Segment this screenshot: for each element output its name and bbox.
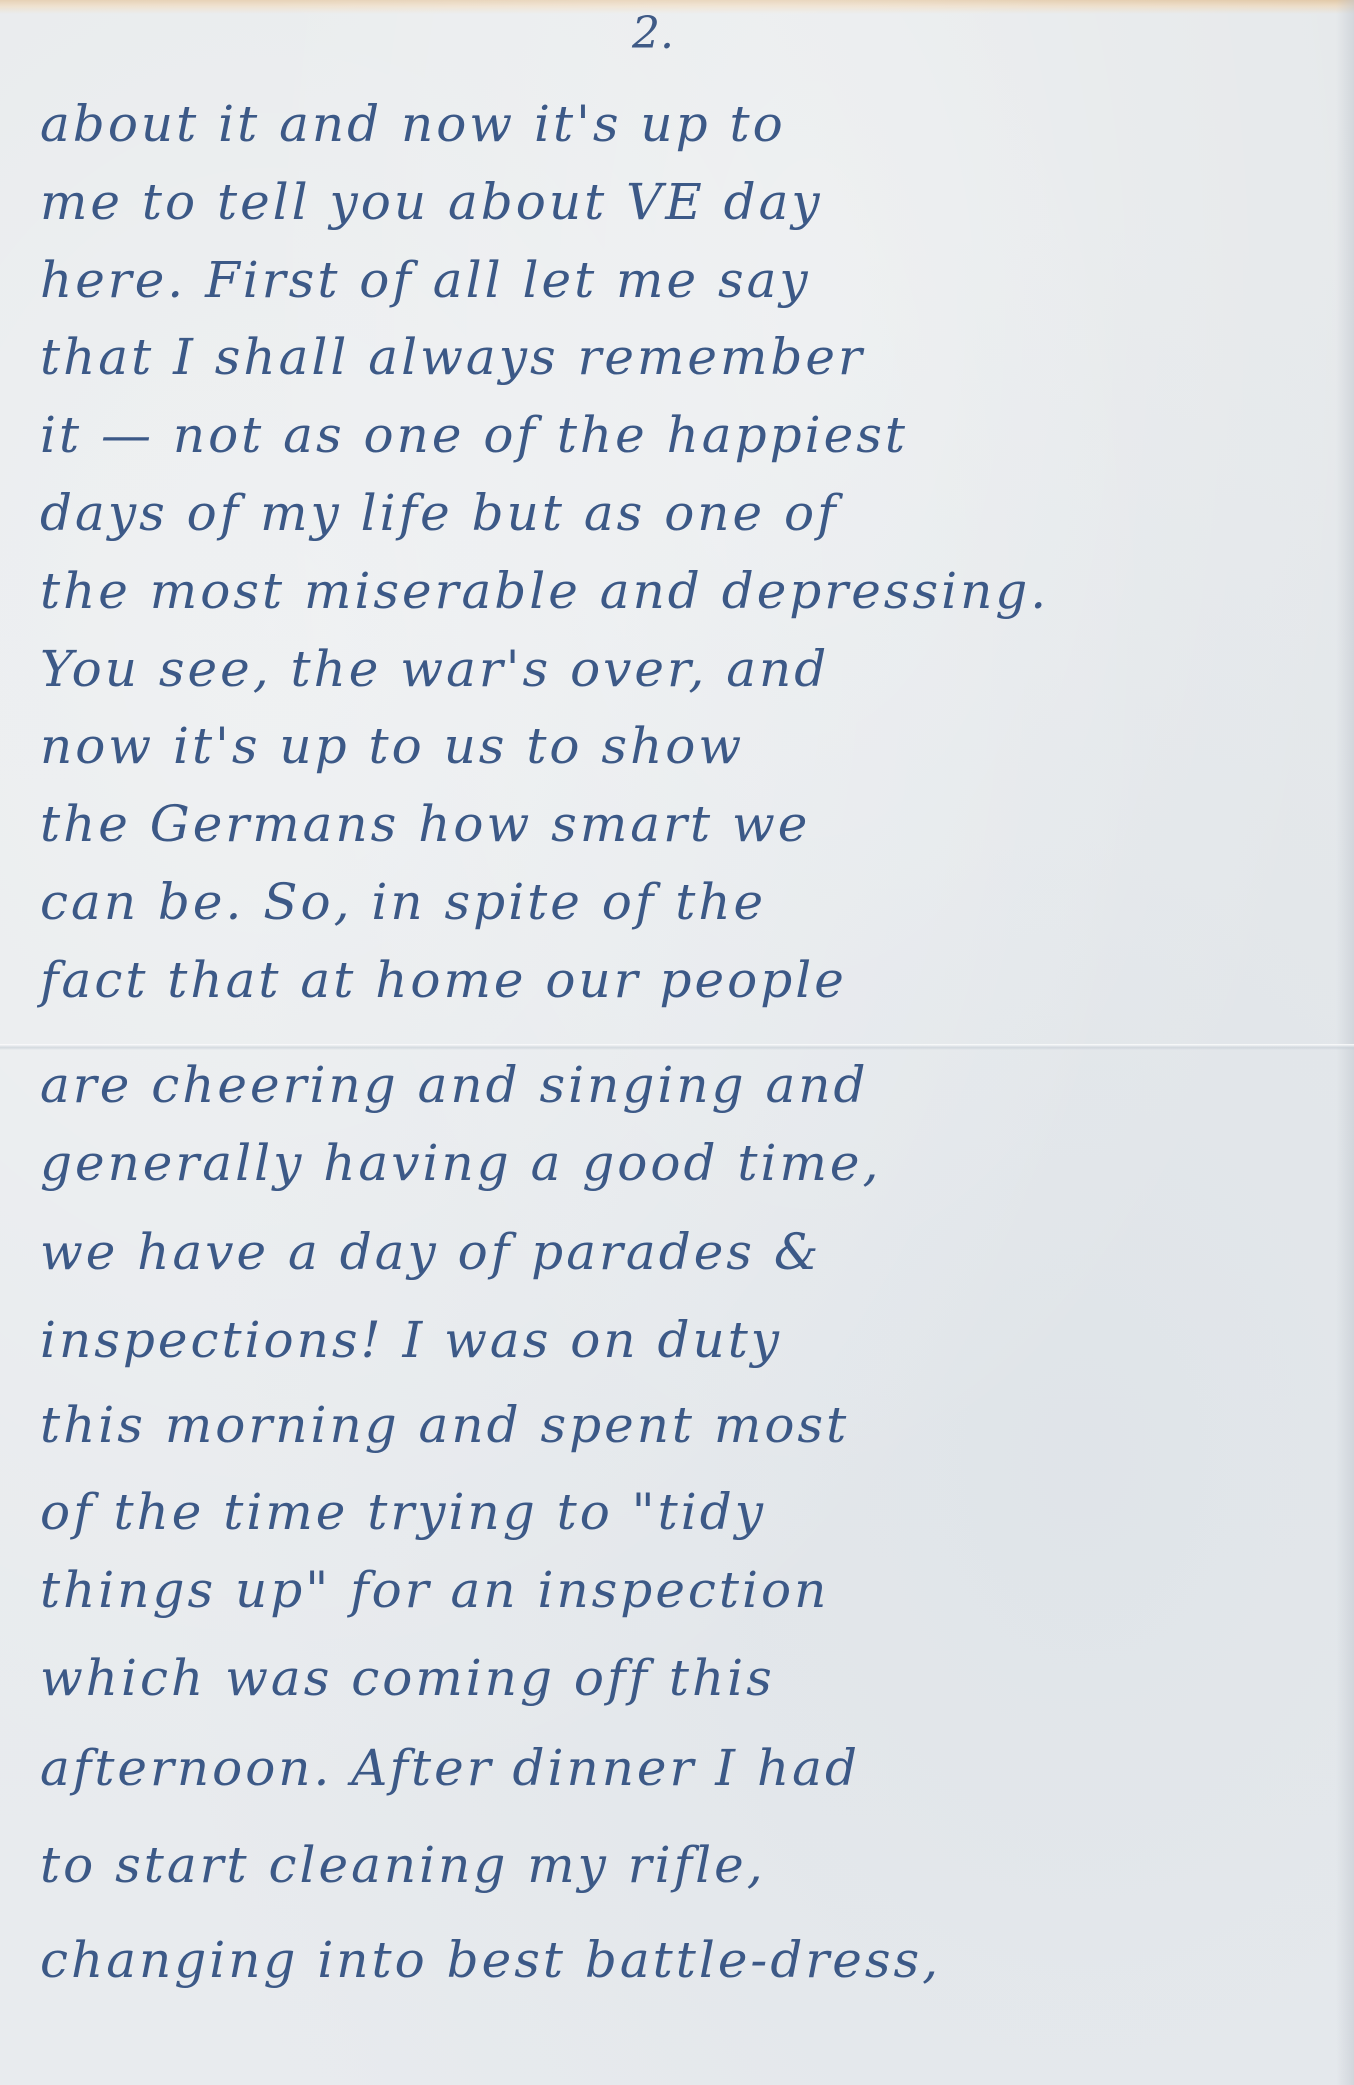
text-line: of the time trying to "tidy bbox=[40, 1482, 1314, 1542]
text-line: now it's up to us to show bbox=[40, 716, 1314, 776]
text-line: can be. So, in spite of the bbox=[40, 872, 1314, 932]
text-line: days of my life but as one of bbox=[40, 483, 1314, 543]
text-line: generally having a good time, bbox=[40, 1133, 1314, 1193]
page-number: 2. bbox=[632, 8, 674, 59]
text-line: inspections! I was on duty bbox=[40, 1310, 1314, 1370]
text-line: here. First of all let me say bbox=[40, 250, 1314, 310]
text-line: about it and now it's up to bbox=[40, 94, 1314, 154]
text-line: are cheering and singing and bbox=[40, 1055, 1314, 1115]
paper-edge bbox=[1336, 0, 1354, 2085]
text-line: fact that at home our people bbox=[40, 950, 1314, 1010]
text-line: we have a day of parades & bbox=[40, 1222, 1314, 1282]
text-line: to start cleaning my rifle, bbox=[40, 1835, 1314, 1895]
text-line: changing into best battle-dress, bbox=[40, 1930, 1314, 1990]
text-line: afternoon. After dinner I had bbox=[40, 1738, 1314, 1798]
text-line: the Germans how smart we bbox=[40, 794, 1314, 854]
text-line: You see, the war's over, and bbox=[40, 639, 1314, 699]
letter-page: 2. about it and now it's up to me to tel… bbox=[0, 0, 1354, 2085]
paper-fold-line bbox=[0, 1044, 1354, 1050]
text-line: that I shall always remember bbox=[40, 327, 1314, 387]
text-line: which was coming off this bbox=[40, 1648, 1314, 1708]
text-line: the most miserable and depressing. bbox=[40, 561, 1314, 621]
text-line: me to tell you about VE day bbox=[40, 172, 1314, 232]
text-line: this morning and spent most bbox=[40, 1395, 1314, 1455]
text-line: things up" for an inspection bbox=[40, 1560, 1314, 1620]
text-line: it — not as one of the happiest bbox=[40, 405, 1314, 465]
